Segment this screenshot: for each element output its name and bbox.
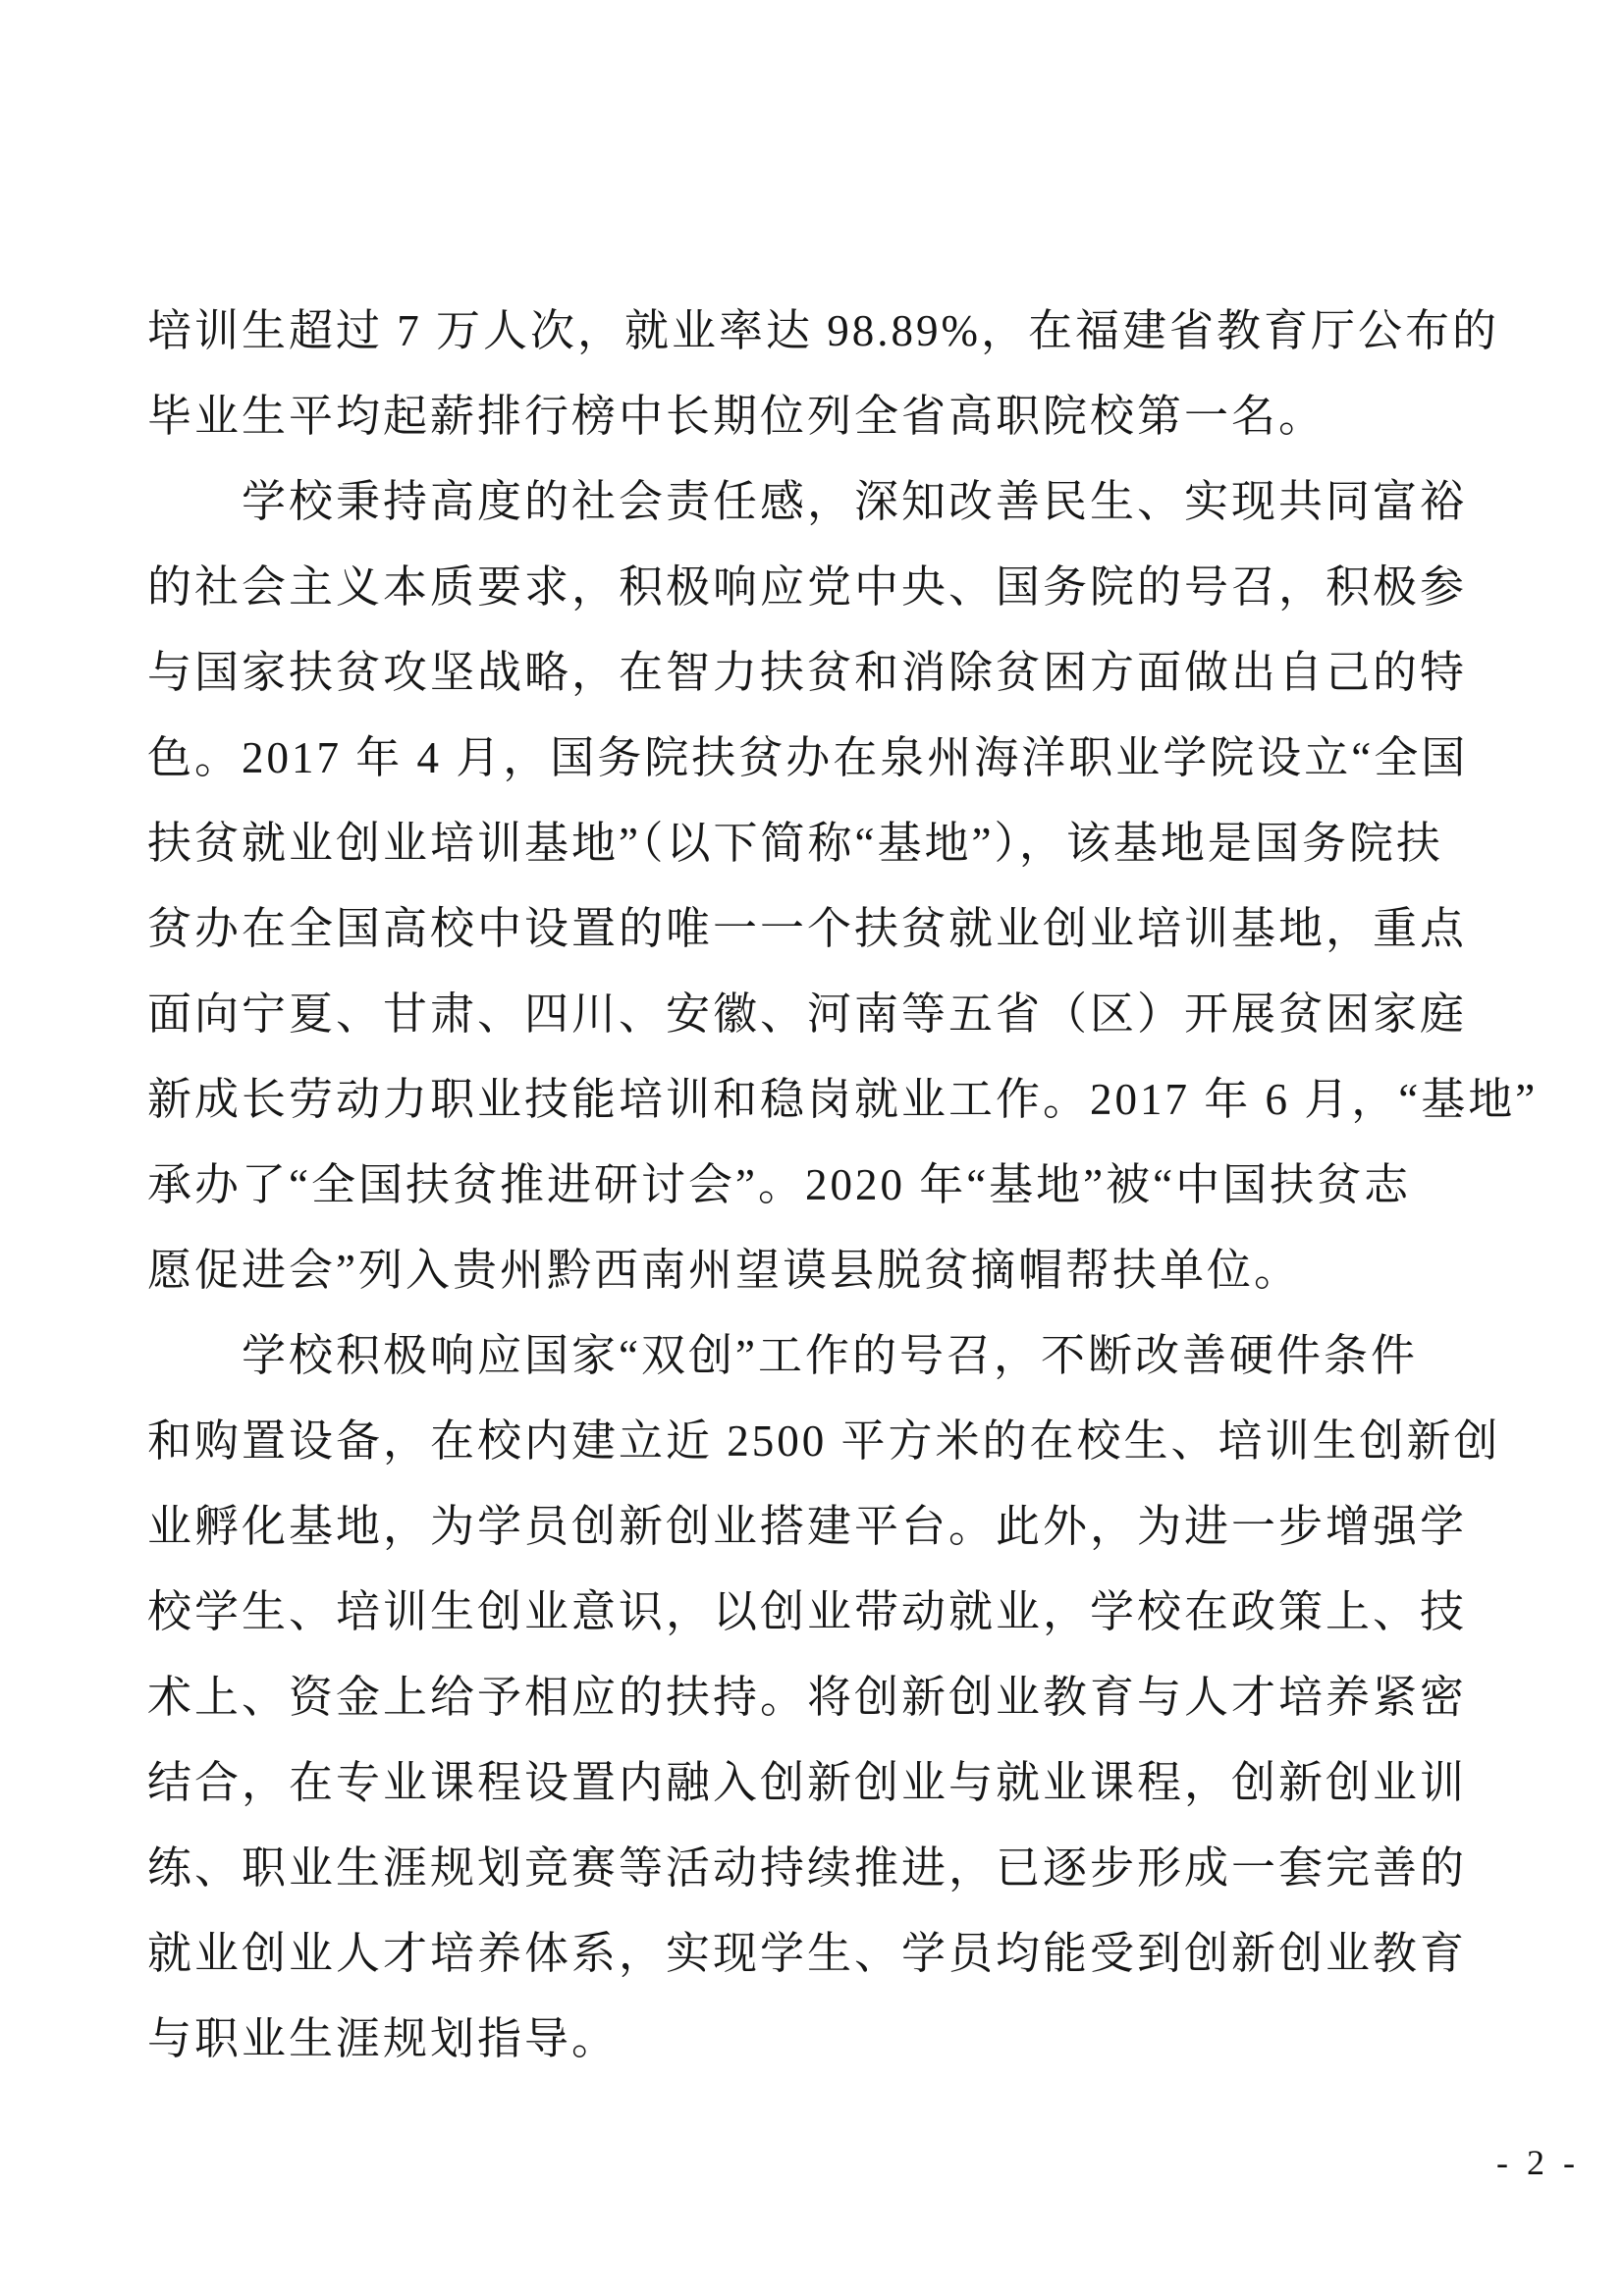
text-line: 面向宁夏、甘肃、四川、安徽、河南等五省（区）开展贫困家庭 bbox=[147, 972, 1479, 1057]
text-line: 学校秉持高度的社会责任感，深知改善民生、实现共同富裕 bbox=[147, 459, 1479, 545]
text-line: 培训生超过 7 万人次，就业率达 98.89%，在福建省教育厅公布的 bbox=[147, 289, 1479, 374]
text-line: 和购置设备，在校内建立近 2500 平方米的在校生、培训生创新创 bbox=[147, 1399, 1479, 1484]
text-line: 毕业生平均起薪排行榜中长期位列全省高职院校第一名。 bbox=[147, 374, 1479, 459]
text-line: 承办了“全国扶贫推进研讨会”。2020 年“基地”被“中国扶贫志 bbox=[147, 1143, 1479, 1228]
text-line: 学校积极响应国家“双创”工作的号召，不断改善硬件条件 bbox=[147, 1313, 1479, 1399]
document-page: 培训生超过 7 万人次，就业率达 98.89%，在福建省教育厅公布的毕业生平均起… bbox=[0, 0, 1624, 2296]
text-line: 就业创业人才培养体系，实现学生、学员均能受到创新创业教育 bbox=[147, 1911, 1479, 1997]
text-line: 扶贫就业创业培训基地”（以下简称“基地”），该基地是国务院扶 bbox=[147, 801, 1479, 886]
text-line: 与职业生涯规划指导。 bbox=[147, 1997, 1479, 2082]
text-line: 练、职业生涯规划竞赛等活动持续推进，已逐步形成一套完善的 bbox=[147, 1826, 1479, 1911]
text-line: 愿促进会”列入贵州黔西南州望谟县脱贫摘帽帮扶单位。 bbox=[147, 1228, 1479, 1313]
text-line: 贫办在全国高校中设置的唯一一个扶贫就业创业培训基地，重点 bbox=[147, 886, 1479, 972]
text-line: 色。2017 年 4 月，国务院扶贫办在泉州海洋职业学院设立“全国 bbox=[147, 716, 1479, 801]
text-line: 的社会主义本质要求，积极响应党中央、国务院的号召，积极参 bbox=[147, 545, 1479, 630]
text-line: 术上、资金上给予相应的扶持。将创新创业教育与人才培养紧密 bbox=[147, 1655, 1479, 1740]
text-line: 新成长劳动力职业技能培训和稳岗就业工作。2017 年 6 月，“基地” bbox=[147, 1057, 1479, 1143]
text-line: 业孵化基地，为学员创新创业搭建平台。此外，为进一步增强学 bbox=[147, 1484, 1479, 1570]
document-body: 培训生超过 7 万人次，就业率达 98.89%，在福建省教育厅公布的毕业生平均起… bbox=[147, 289, 1479, 2082]
text-line: 校学生、培训生创业意识，以创业带动就业，学校在政策上、技 bbox=[147, 1570, 1479, 1655]
text-line: 与国家扶贫攻坚战略，在智力扶贫和消除贫困方面做出自己的特 bbox=[147, 630, 1479, 716]
page-number: - 2 - bbox=[1496, 2142, 1580, 2183]
text-line: 结合，在专业课程设置内融入创新创业与就业课程，创新创业训 bbox=[147, 1740, 1479, 1826]
